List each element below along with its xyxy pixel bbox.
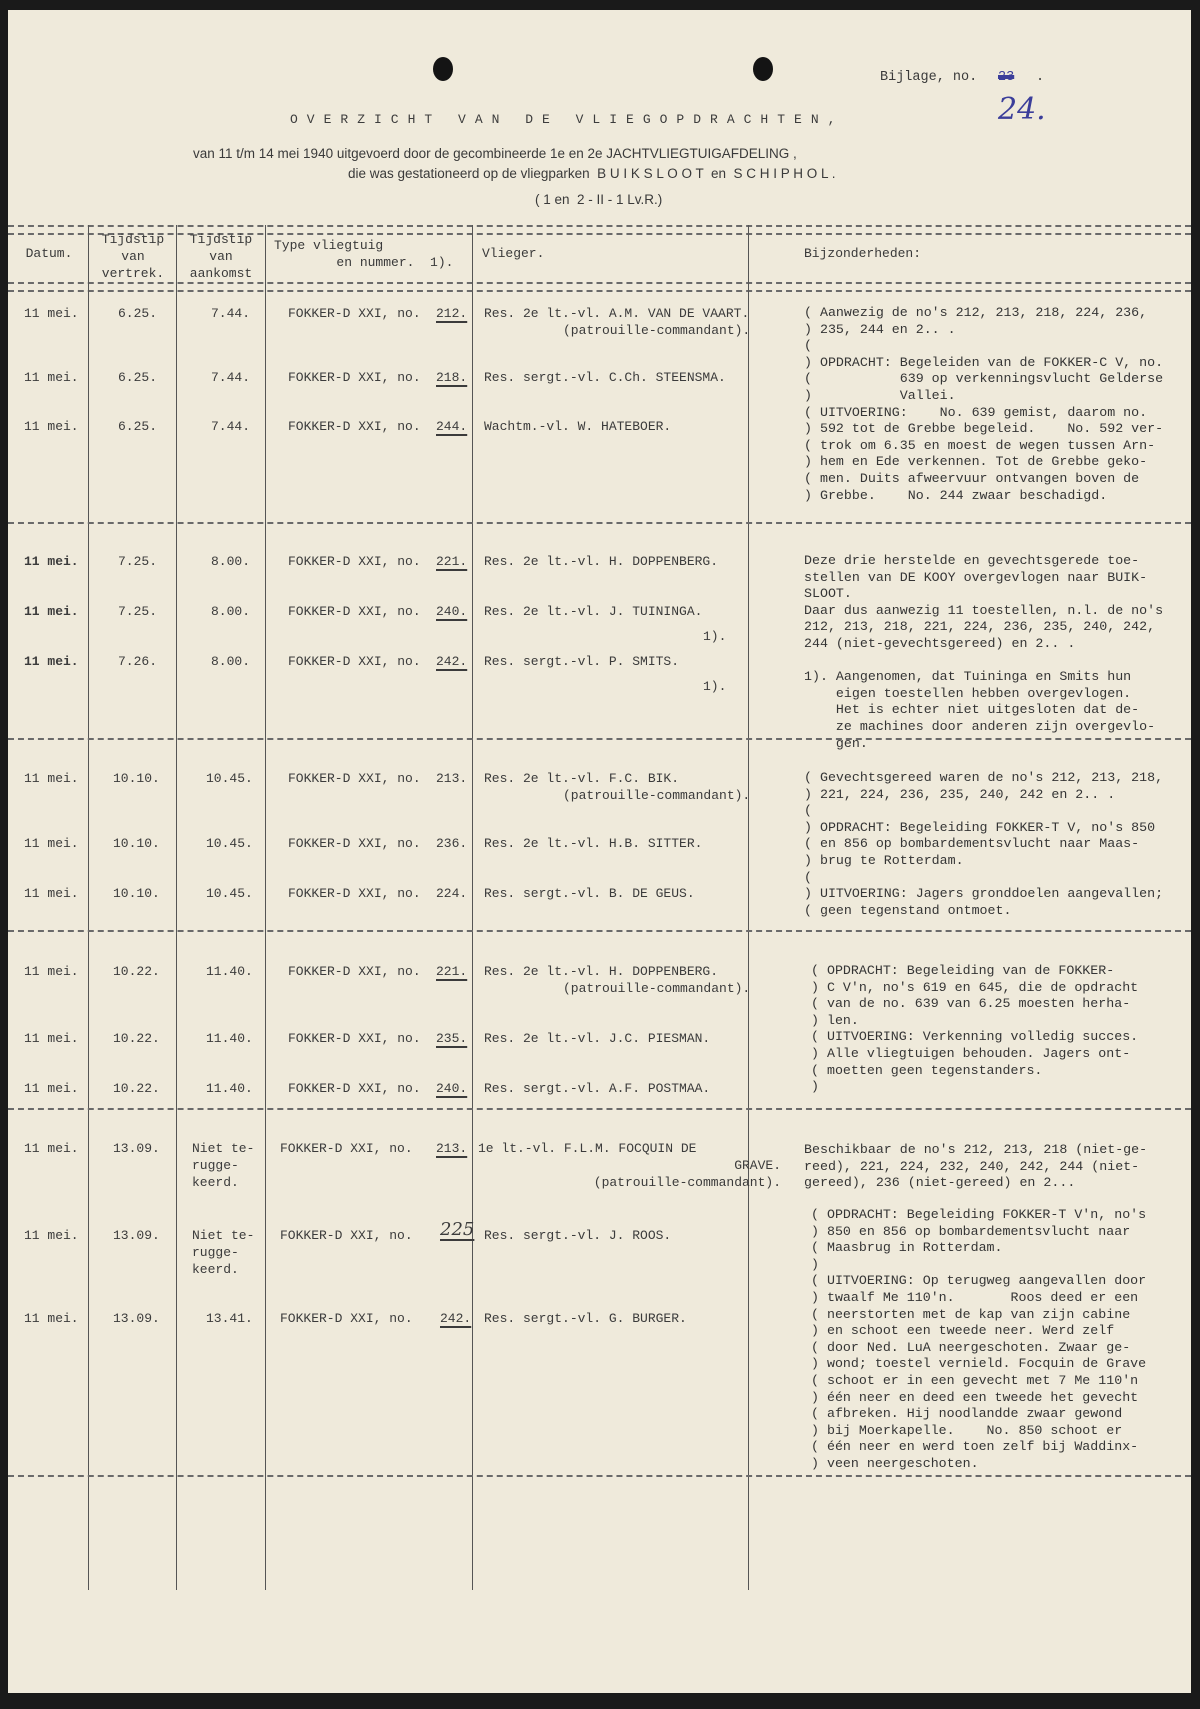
col-divider-4 xyxy=(472,225,473,1590)
annex-label: Bijlage, no. xyxy=(880,70,977,85)
punch-hole-left xyxy=(433,57,453,81)
cell-vlieger-role: (patrouille-commandant). xyxy=(563,787,750,804)
cell-aircraft-number: 235. xyxy=(436,1030,467,1047)
cell-vlieger: Res. sergt.-vl. A.F. POSTMAA. xyxy=(484,1080,710,1097)
cell-vlieger: Res. sergt.-vl. B. DE GEUS. xyxy=(484,885,695,902)
cell-datum: 11 mei. xyxy=(24,418,79,435)
cell-vertrek: 6.25. xyxy=(118,369,157,386)
cell-aircraft-number: 218. xyxy=(436,369,467,386)
col-divider-3 xyxy=(265,225,266,1590)
cell-aankomst: Niet te- rugge- keerd. xyxy=(192,1140,254,1191)
cell-vlieger: Res. 2e lt.-vl. J.C. PIESMAN. xyxy=(484,1030,710,1047)
cell-aircraft-number: 212. xyxy=(436,305,467,322)
header-datum: Datum. xyxy=(16,245,82,262)
cell-aircraft-number: 213. xyxy=(436,1140,467,1157)
cell-vertrek: 7.26. xyxy=(118,653,157,670)
cell-vlieger-role: (patrouille-commandant). xyxy=(563,322,750,339)
cell-type: FOKKER-D XXI, no. xyxy=(288,963,421,980)
cell-aircraft-number: 240. xyxy=(436,1080,467,1097)
cell-vertrek: 10.22. xyxy=(113,1030,160,1047)
header-bijzonderheden: Bijzonderheden: xyxy=(804,245,921,262)
cell-bijzonderheden-summary: Beschikbaar de no's 212, 213, 218 (niet-… xyxy=(804,1142,1147,1192)
cell-aankomst: 7.44. xyxy=(211,305,250,322)
cell-footnote-ref: 1). xyxy=(703,678,726,695)
group-separator-4 xyxy=(8,1108,1191,1110)
annex-number-struck: 23 xyxy=(998,70,1014,85)
annex-number-handwritten: 24. xyxy=(998,92,1046,127)
cell-vlieger: Res. 2e lt.-vl. J. TUININGA. xyxy=(484,603,702,620)
cell-aankomst: 13.41. xyxy=(206,1310,253,1327)
cell-vlieger: Wachtm.-vl. W. HATEBOER. xyxy=(484,418,671,435)
group-separator-1 xyxy=(8,522,1191,524)
cell-bijzonderheden: ( Gevechtsgereed waren de no's 212, 213,… xyxy=(804,770,1163,919)
cell-datum: 11 mei. xyxy=(24,1227,79,1244)
cell-vlieger: Res. 2e lt.-vl. F.C. BIK. xyxy=(484,770,679,787)
header-aankomst: Tijdstip van aankomst xyxy=(178,231,264,282)
cell-vertrek: 13.09. xyxy=(113,1310,160,1327)
cell-vertrek: 10.22. xyxy=(113,1080,160,1097)
cell-vertrek: 7.25. xyxy=(118,603,157,620)
cell-type: FOKKER-D XXI, no. xyxy=(288,1080,421,1097)
cell-datum: 11 mei. xyxy=(24,1030,79,1047)
cell-type: FOKKER-D XXI, no. xyxy=(288,603,421,620)
cell-aankomst: 11.40. xyxy=(206,1030,253,1047)
cell-aankomst: 10.45. xyxy=(206,885,253,902)
cell-aircraft-number: 242. xyxy=(440,1310,471,1327)
cell-vlieger: Res. sergt.-vl. J. ROOS. xyxy=(484,1227,671,1244)
cell-bijzonderheden: ( Aanwezig de no's 212, 213, 218, 224, 2… xyxy=(804,305,1163,504)
cell-vlieger-role: (patrouille-commandant). xyxy=(563,980,750,997)
document-subtitle-1: van 11 t/m 14 mei 1940 uitgevoerd door d… xyxy=(193,146,797,161)
cell-vlieger: Res. sergt.-vl. G. BURGER. xyxy=(484,1310,687,1327)
cell-type: FOKKER-D XXI, no. xyxy=(288,770,421,787)
group-separator-3 xyxy=(8,930,1191,932)
cell-vlieger: Res. 2e lt.-vl. A.M. VAN DE VAART. xyxy=(484,305,749,322)
cell-bijzonderheden: Deze drie herstelde en gevechtsgerede to… xyxy=(804,553,1163,752)
cell-bijzonderheden: ( OPDRACHT: Begeleiding van de FOKKER- )… xyxy=(811,963,1138,1096)
cell-aircraft-number: 221. xyxy=(436,963,467,980)
cell-footnote-ref: 1). xyxy=(703,628,726,645)
document-subtitle-3: ( 1 en 2 - II - 1 Lv.R.) xyxy=(535,192,662,207)
cell-datum: 11 mei. xyxy=(24,603,79,620)
cell-type: FOKKER-D XXI, no. xyxy=(288,885,421,902)
cell-aircraft-number: 236. xyxy=(436,835,467,852)
cell-aircraft-number: 240. xyxy=(436,603,467,620)
cell-type: FOKKER-D XXI, no. xyxy=(288,418,421,435)
cell-aircraft-number: 213. xyxy=(436,770,467,787)
cell-aankomst: 7.44. xyxy=(211,369,250,386)
cell-vertrek: 10.10. xyxy=(113,770,160,787)
cell-vertrek: 6.25. xyxy=(118,418,157,435)
cell-datum: 11 mei. xyxy=(24,835,79,852)
cell-datum: 11 mei. xyxy=(24,1310,79,1327)
cell-datum: 11 mei. xyxy=(24,1140,79,1157)
cell-vertrek: 7.25. xyxy=(118,553,157,570)
cell-aircraft-number: 224. xyxy=(436,885,467,902)
cell-vlieger: Res. 2e lt.-vl. H.B. SITTER. xyxy=(484,835,702,852)
cell-aankomst: 8.00. xyxy=(211,553,250,570)
cell-aircraft-number: 221. xyxy=(436,553,467,570)
header-vlieger: Vlieger. xyxy=(482,245,544,262)
cell-vertrek: 10.10. xyxy=(113,835,160,852)
cell-aankomst: 10.45. xyxy=(206,770,253,787)
cell-aankomst: 8.00. xyxy=(211,653,250,670)
cell-aircraft-number-handwritten: 225 xyxy=(440,1221,474,1238)
cell-aankomst: 11.40. xyxy=(206,1080,253,1097)
cell-aircraft-number: 244. xyxy=(436,418,467,435)
cell-type: FOKKER-D XXI, no. xyxy=(288,1030,421,1047)
header-bottom-rule xyxy=(8,282,1191,292)
cell-datum: 11 mei. xyxy=(24,305,79,322)
cell-vlieger: 1e lt.-vl. F.L.M. FOCQUIN DE xyxy=(478,1140,696,1157)
cell-aircraft-number: 242. xyxy=(436,653,467,670)
col-divider-5 xyxy=(748,225,749,1590)
cell-datum: 11 mei. xyxy=(24,553,79,570)
cell-vlieger: Res. 2e lt.-vl. H. DOPPENBERG. xyxy=(484,553,718,570)
cell-datum: 11 mei. xyxy=(24,885,79,902)
cell-aankomst: 7.44. xyxy=(211,418,250,435)
col-divider-1 xyxy=(88,225,89,1590)
group-separator-5 xyxy=(8,1475,1191,1477)
cell-type: FOKKER-D XXI, no. xyxy=(280,1140,413,1157)
cell-vertrek: 13.09. xyxy=(113,1227,160,1244)
punch-hole-right xyxy=(753,57,773,81)
header-vertrek: Tijdstip van vertrek. xyxy=(90,231,176,282)
cell-aankomst: 11.40. xyxy=(206,963,253,980)
missions-table: Datum. Tijdstip van vertrek. Tijdstip va… xyxy=(8,225,1191,1590)
cell-vlieger-role: GRAVE. (patrouille-commandant). xyxy=(563,1157,781,1191)
cell-vertrek: 6.25. xyxy=(118,305,157,322)
header-type: Type vliegtuig en nummer. 1). xyxy=(274,237,453,271)
cell-aankomst: 8.00. xyxy=(211,603,250,620)
cell-type: FOKKER-D XXI, no. xyxy=(288,369,421,386)
cell-bijzonderheden: ( OPDRACHT: Begeleiding FOKKER-T V'n, no… xyxy=(811,1207,1146,1473)
cell-aankomst: Niet te- rugge- keerd. xyxy=(192,1227,254,1278)
cell-vlieger: Res. sergt.-vl. C.Ch. STEENSMA. xyxy=(484,369,726,386)
cell-datum: 11 mei. xyxy=(24,369,79,386)
cell-type: FOKKER-D XXI, no. xyxy=(280,1227,413,1244)
cell-datum: 11 mei. xyxy=(24,770,79,787)
cell-type: FOKKER-D XXI, no. xyxy=(288,835,421,852)
cell-vertrek: 10.10. xyxy=(113,885,160,902)
cell-type: FOKKER-D XXI, no. xyxy=(288,553,421,570)
document-subtitle-2: die was gestationeerd op de vliegparken … xyxy=(348,166,836,181)
col-divider-2 xyxy=(176,225,177,1590)
cell-vlieger: Res. 2e lt.-vl. H. DOPPENBERG. xyxy=(484,963,718,980)
cell-vertrek: 10.22. xyxy=(113,963,160,980)
cell-type: FOKKER-D XXI, no. xyxy=(288,653,421,670)
cell-datum: 11 mei. xyxy=(24,963,79,980)
cell-datum: 11 mei. xyxy=(24,653,79,670)
cell-datum: 11 mei. xyxy=(24,1080,79,1097)
cell-type: FOKKER-D XXI, no. xyxy=(280,1310,413,1327)
cell-type: FOKKER-D XXI, no. xyxy=(288,305,421,322)
cell-vertrek: 13.09. xyxy=(113,1140,160,1157)
cell-vlieger: Res. sergt.-vl. P. SMITS. xyxy=(484,653,679,670)
annex-period: . xyxy=(1036,70,1044,85)
document-title: OVERZICHT VAN DE VLIEGOPDRACHTEN, xyxy=(290,112,844,127)
document-page: Bijlage, no. 23 . 24. OVERZICHT VAN DE V… xyxy=(8,10,1191,1693)
cell-aankomst: 10.45. xyxy=(206,835,253,852)
